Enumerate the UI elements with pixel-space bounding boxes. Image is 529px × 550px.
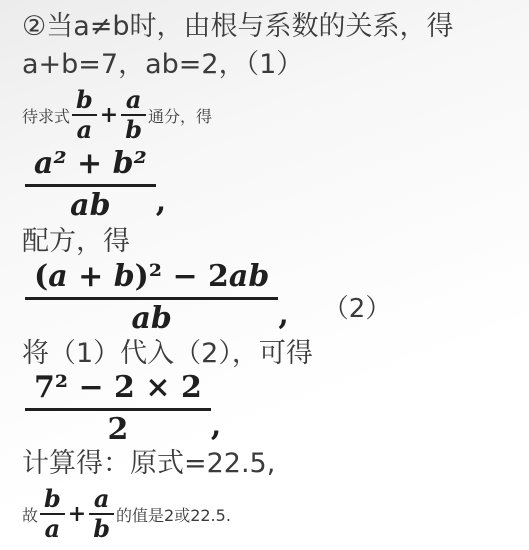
fraction-numerator: b: [72, 86, 97, 114]
fraction-a-over-b: a b: [89, 485, 114, 542]
fraction-numerator: (a + b)² − 2ab: [25, 259, 278, 297]
trailing-comma: ,: [211, 408, 221, 443]
fraction-denominator: ab: [25, 184, 156, 225]
target-expression-suffix: 通分，得: [148, 104, 212, 127]
fraction-numerator: a: [89, 485, 114, 513]
fraction-denominator: a: [40, 513, 65, 543]
compute-result-text: 计算得：原式=22.5,: [22, 448, 275, 479]
fraction-denominator: ab: [25, 297, 278, 338]
line-case-intro: ②当a≠b时，由根与系数的关系，得: [22, 8, 519, 46]
conclusion-prefix: 故: [22, 503, 38, 526]
fraction-denominator: 2: [25, 408, 211, 449]
fraction-denominator: a: [72, 114, 97, 144]
fraction-numerator: 7² − 2 × 2: [25, 370, 211, 408]
formula-sum-of-squares: a² + b² ab ,: [25, 146, 519, 224]
fraction-numerator: b: [40, 485, 65, 513]
case-intro-text: ②当a≠b时，由根与系数的关系，得: [22, 11, 454, 42]
fraction-b-over-a: b a: [40, 485, 65, 542]
trailing-comma: ,: [156, 184, 166, 219]
conclusion-suffix: 的值是2或22.5.: [116, 503, 231, 526]
fraction-completed-square: (a + b)² − 2ab ab: [25, 259, 278, 337]
fraction-denominator: b: [121, 114, 146, 144]
line-substitute: 将（1）代入（2），可得: [22, 336, 519, 372]
line-complete-square: 配方，得: [22, 224, 519, 260]
line-target-expression: 待求式 b a + a b 通分，得: [22, 84, 519, 146]
fraction-numerator: a² + b²: [25, 146, 156, 184]
line-compute-result: 计算得：原式=22.5,: [22, 446, 519, 482]
fraction-denominator: b: [89, 513, 114, 543]
trailing-comma: ,: [278, 297, 288, 332]
fraction-numeric: 7² − 2 × 2 2: [25, 370, 211, 448]
vieta-values-text: a+b=7，ab=2，（1）: [22, 49, 303, 80]
fraction-sum-squares: a² + b² ab: [25, 146, 156, 224]
equation-label-2: （2）: [323, 288, 392, 325]
line-conclusion: 故 b a + a b 的值是2或22.5.: [22, 482, 519, 546]
target-expression-prefix: 待求式: [22, 104, 70, 127]
formula-completed-square: (a + b)² − 2ab ab , （2）: [25, 260, 519, 336]
substitute-text: 将（1）代入（2），可得: [22, 338, 313, 369]
fraction-a-over-b: a b: [121, 86, 146, 143]
complete-square-text: 配方，得: [22, 226, 130, 257]
plus-operator: +: [68, 501, 86, 527]
formula-numeric: 7² − 2 × 2 2 ,: [25, 372, 519, 446]
fraction-numerator: a: [121, 86, 146, 114]
line-vieta-values: a+b=7，ab=2，（1）: [22, 46, 519, 84]
fraction-b-over-a: b a: [72, 86, 97, 143]
solution-page: ②当a≠b时，由根与系数的关系，得 a+b=7，ab=2，（1） 待求式 b a…: [0, 0, 529, 550]
plus-operator: +: [100, 102, 118, 128]
